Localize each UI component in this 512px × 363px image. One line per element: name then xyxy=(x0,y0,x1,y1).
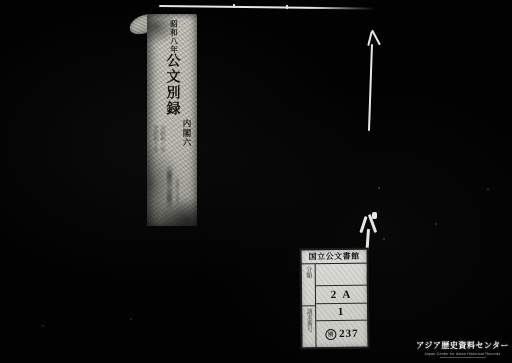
jacar-watermark: アジア歴史資料センター Japan Center for Asian Histo… xyxy=(416,340,509,358)
title-slip-era: 昭和八年 xyxy=(169,20,180,54)
archive-label-header: 国立公文書館 xyxy=(301,250,366,265)
archive-label-value-column: 2 A 1 別 237 xyxy=(316,264,368,348)
title-slip-note-to: 至昭和十年 xyxy=(152,125,158,153)
dust-speck xyxy=(383,238,385,240)
spine-stitch-tick xyxy=(286,5,288,9)
title-slip: 昭和八年 公文別録 内閣六 自昭和八年 至昭和十年 xyxy=(147,14,197,226)
book-top-edge-line xyxy=(159,5,375,10)
classification-value-top xyxy=(316,264,367,286)
book-cover-scan: 昭和八年 公文別録 内閣六 自昭和八年 至昭和十年 国立公文書館 分類 請求番号 xyxy=(0,0,512,363)
binding-cord-upper-eye-right xyxy=(371,30,381,46)
callnumber-value-top: 1 xyxy=(316,303,367,321)
dust-speck xyxy=(435,223,437,225)
jacar-watermark-japanese: アジア歴史資料センター xyxy=(416,340,509,351)
title-slip-volume: 内閣六 xyxy=(181,119,193,148)
classification-header-cell: 分類 xyxy=(302,264,315,305)
faint-handwriting-smudge xyxy=(167,164,172,210)
binding-cord-lower-knot xyxy=(372,212,377,219)
spine-stitch-tick xyxy=(233,4,235,8)
dust-speck xyxy=(130,318,132,320)
dust-speck xyxy=(42,325,44,327)
callnumber-header-text: 請求番号 xyxy=(304,308,313,332)
dust-speck xyxy=(378,187,380,189)
circled-betsu-mark: 別 xyxy=(325,328,336,339)
callnumber-header-cell: 請求番号 xyxy=(302,305,315,347)
classification-value: 2 A xyxy=(316,285,367,304)
callnumber-value: 237 xyxy=(339,328,359,340)
classification-header-text: 分類 xyxy=(304,266,313,278)
title-slip-note-from: 自昭和八年 xyxy=(159,125,165,153)
callnumber-value-row: 別 237 xyxy=(316,320,367,348)
jacar-watermark-english: Japan Center for Asian Historical Record… xyxy=(420,351,505,356)
jacar-watermark-rule xyxy=(440,357,486,358)
faint-handwriting-smudge xyxy=(176,176,179,206)
dust-speck xyxy=(487,188,489,190)
archive-call-number-label: 国立公文書館 分類 請求番号 2 A 1 別 237 xyxy=(299,248,369,350)
title-slip-date-notes: 自昭和八年 至昭和十年 xyxy=(151,125,165,153)
title-slip-title: 公文別録 xyxy=(164,53,184,117)
binding-cord-upper-stem xyxy=(368,44,373,131)
archive-label-header-column: 分類 請求番号 xyxy=(302,264,317,347)
